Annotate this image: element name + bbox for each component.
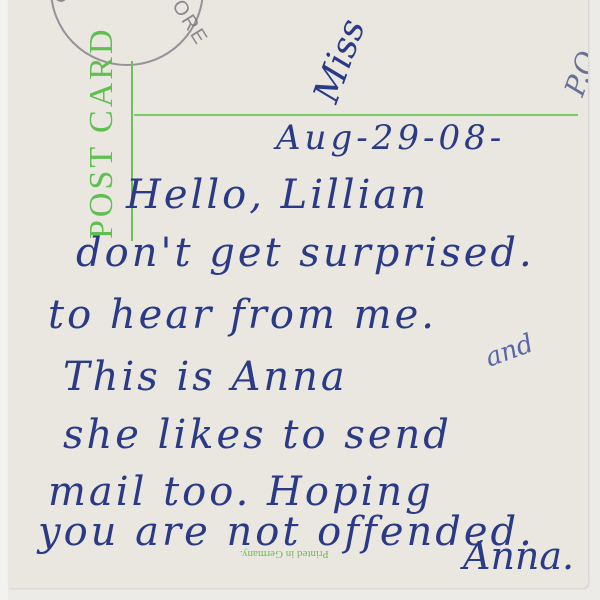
- message-line: don't get surprised.: [76, 230, 535, 276]
- message-insertion: and: [481, 329, 537, 374]
- address-line: [134, 114, 578, 116]
- message-line: This is Anna: [63, 354, 348, 400]
- postcard: OS ORE POST CARD Miss P.O. Aug-29-08- He…: [8, 0, 588, 588]
- message-line: to hear from me.: [48, 292, 437, 338]
- handwritten-date: Aug-29-08-: [276, 118, 505, 158]
- message-line: she likes to send: [63, 412, 452, 458]
- po-fragment: P.O.: [558, 40, 588, 100]
- printed-in-germany-notice: Printed in Germany.: [240, 548, 329, 560]
- signature: Anna.: [463, 534, 574, 578]
- recipient-fragment: Miss: [306, 14, 374, 108]
- background-left-edge: [0, 0, 8, 600]
- message-line: Hello, Lillian: [126, 172, 429, 218]
- post-card-heading: POST CARD: [83, 27, 121, 240]
